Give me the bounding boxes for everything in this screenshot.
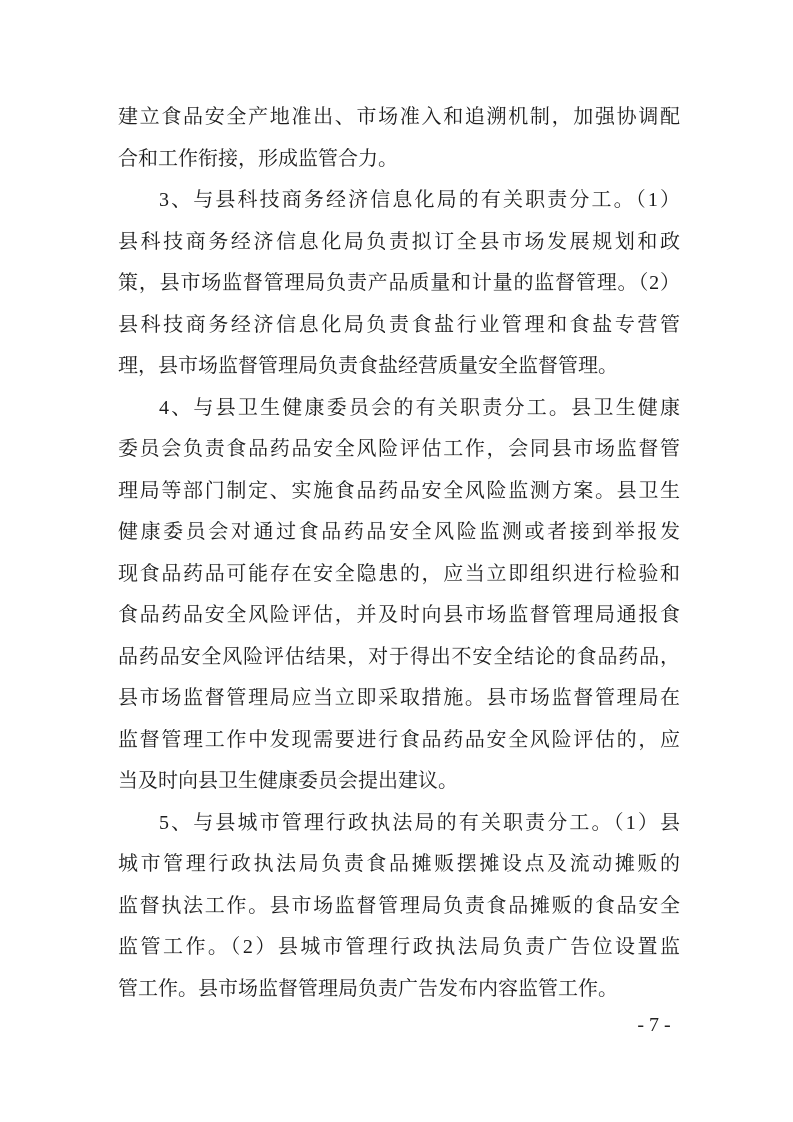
text-line: 策，县市场监督管理局负责产品质量和计量的监督管理。（2） (118, 263, 680, 305)
text-line: 监督执法工作。县市场监督管理局负责食品摊贩的食品安全 (118, 886, 680, 928)
text-line: 理局等部门制定、实施食品药品安全风险监测方案。县卫生 (118, 471, 680, 513)
paragraph: 4、与县卫生健康委员会的有关职责分工。县卫生健康委员会负责食品药品安全风险评估工… (118, 388, 680, 803)
text-line: 品药品安全风险评估结果，对于得出不安全结论的食品药品， (118, 637, 680, 679)
text-line: 管工作。县市场监督管理局负责广告发布内容监管工作。 (118, 969, 680, 1011)
document-page: 建立食品安全产地准出、市场准入和追溯机制，加强协调配合和工作衔接，形成监管合力。… (0, 0, 793, 1122)
text-line: 委员会负责食品药品安全风险评估工作，会同县市场监督管 (118, 429, 680, 471)
text-line: 5、与县城市管理行政执法局的有关职责分工。（1）县 (118, 803, 680, 845)
paragraph: 5、与县城市管理行政执法局的有关职责分工。（1）县城市管理行政执法局负责食品摊贩… (118, 803, 680, 1011)
paragraph: 3、与县科技商务经济信息化局的有关职责分工。（1）县科技商务经济信息化局负责拟订… (118, 180, 680, 388)
text-line: 城市管理行政执法局负责食品摊贩摆摊设点及流动摊贩的 (118, 844, 680, 886)
text-line: 县市场监督管理局应当立即采取措施。县市场监督管理局在 (118, 678, 680, 720)
text-line: 理，县市场监督管理局负责食盐经营质量安全监督管理。 (118, 346, 680, 388)
page-number: - 7 - (618, 1010, 690, 1040)
text-line: 健康委员会对通过食品药品安全风险监测或者接到举报发 (118, 512, 680, 554)
text-line: 4、与县卫生健康委员会的有关职责分工。县卫生健康 (118, 388, 680, 430)
text-line: 县科技商务经济信息化局负责食盐行业管理和食盐专营管 (118, 305, 680, 347)
text-line: 建立食品安全产地准出、市场准入和追溯机制，加强协调配 (118, 97, 680, 139)
text-line: 监督管理工作中发现需要进行食品药品安全风险评估的，应 (118, 720, 680, 762)
text-line: 监管工作。（2）县城市管理行政执法局负责广告位设置监 (118, 927, 680, 969)
text-line: 合和工作衔接，形成监管合力。 (118, 139, 680, 181)
text-line: 当及时向县卫生健康委员会提出建议。 (118, 761, 680, 803)
paragraph: 建立食品安全产地准出、市场准入和追溯机制，加强协调配合和工作衔接，形成监管合力。 (118, 97, 680, 180)
text-line: 3、与县科技商务经济信息化局的有关职责分工。（1） (118, 180, 680, 222)
text-line: 县科技商务经济信息化局负责拟订全县市场发展规划和政 (118, 222, 680, 264)
document-body: 建立食品安全产地准出、市场准入和追溯机制，加强协调配合和工作衔接，形成监管合力。… (118, 97, 680, 1010)
text-line: 食品药品安全风险评估，并及时向县市场监督管理局通报食 (118, 595, 680, 637)
text-line: 现食品药品可能存在安全隐患的，应当立即组织进行检验和 (118, 554, 680, 596)
